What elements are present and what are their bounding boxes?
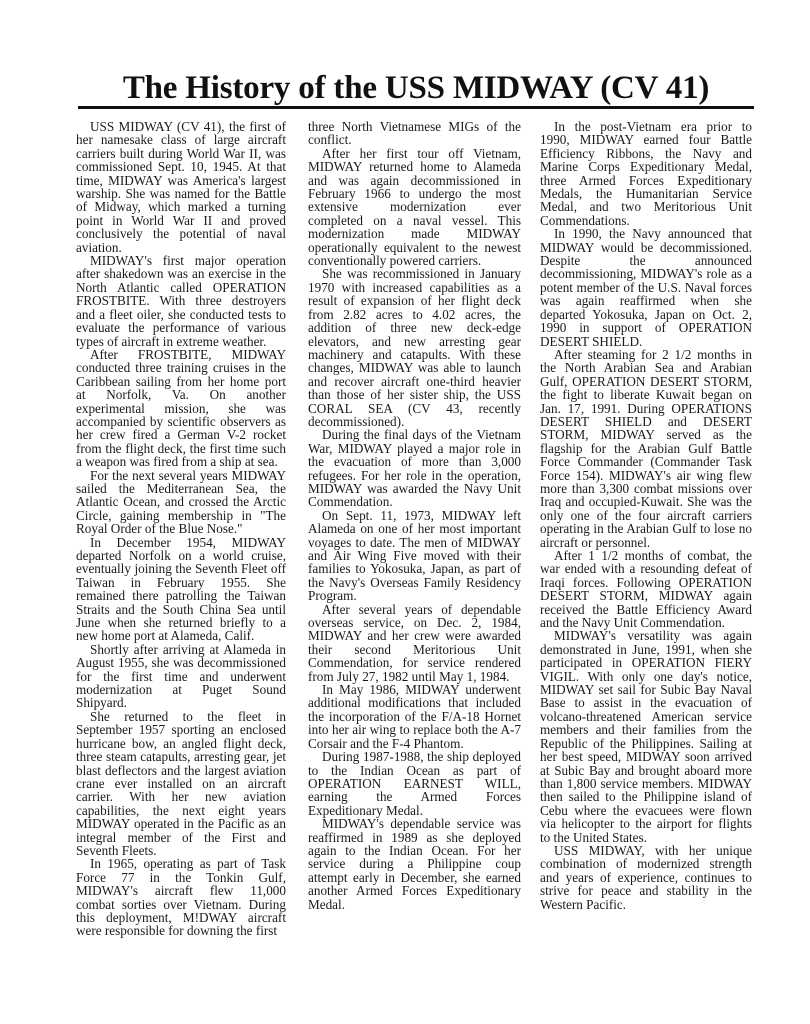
paragraph-1989-service: MIDWAY's dependable service was reaffirm… — [308, 817, 521, 911]
paragraph-first-decommission: Shortly after arriving at Alameda in Aug… — [76, 643, 286, 710]
paragraph-desert-storm: After steaming for 2 1/2 months in the N… — [540, 348, 752, 549]
paragraph-caribbean-v2-rocket: After FROSTBITE, MIDWAY conducted three … — [76, 348, 286, 469]
paragraph-yokosuka: On Sept. 11, 1973, MIDWAY left Alameda o… — [308, 509, 521, 603]
text-column-2: three North Vietnamese MIGs of the confl… — [308, 120, 521, 911]
paragraph-commissioning: USS MIDWAY (CV 41), the first of her nam… — [76, 120, 286, 254]
paragraph-war-ended: After 1 1/2 months of combat, the war en… — [540, 549, 752, 629]
paragraph-1984-commendation: After several years of dependable overse… — [308, 603, 521, 683]
paragraph-second-decommission: After her first tour off Vietnam, MIDWAY… — [308, 147, 521, 268]
paragraph-closing: USS MIDWAY, with her unique combination … — [540, 844, 752, 911]
paragraph-vietnam-evacuation: During the final days of the Vietnam War… — [308, 428, 521, 508]
paragraph-earnest-will: During 1987-1988, the ship deployed to t… — [308, 750, 521, 817]
paragraph-1970-recommission: She was recommissioned in January 1970 w… — [308, 267, 521, 428]
title-rule — [78, 106, 754, 109]
paragraph-task-force-77: In 1965, operating as part of Task Force… — [76, 857, 286, 937]
page-title: The History of the USS MIDWAY (CV 41) — [78, 70, 754, 106]
paragraph-migs-continued: three North Vietnamese MIGs of the confl… — [308, 120, 521, 147]
paragraph-1986-modifications: In May 1986, MIDWAY underwent additional… — [308, 683, 521, 750]
paragraph-frostbite: MIDWAY's first major operation after sha… — [76, 254, 286, 348]
paragraph-fiery-vigil: MIDWAY's versatility was again demonstra… — [540, 629, 752, 844]
paragraph-post-vietnam-awards: In the post-Vietnam era prior to 1990, M… — [540, 120, 752, 227]
text-column-3: In the post-Vietnam era prior to 1990, M… — [540, 120, 752, 911]
paragraph-blue-nose: For the next several years MIDWAY sailed… — [76, 469, 286, 536]
paragraph-desert-shield: In 1990, the Navy announced that MIDWAY … — [540, 227, 752, 348]
paragraph-world-cruise: In December 1954, MIDWAY departed Norfol… — [76, 536, 286, 643]
paragraph-1957-return: She returned to the fleet in September 1… — [76, 710, 286, 857]
text-column-1: USS MIDWAY (CV 41), the first of her nam… — [76, 120, 286, 938]
